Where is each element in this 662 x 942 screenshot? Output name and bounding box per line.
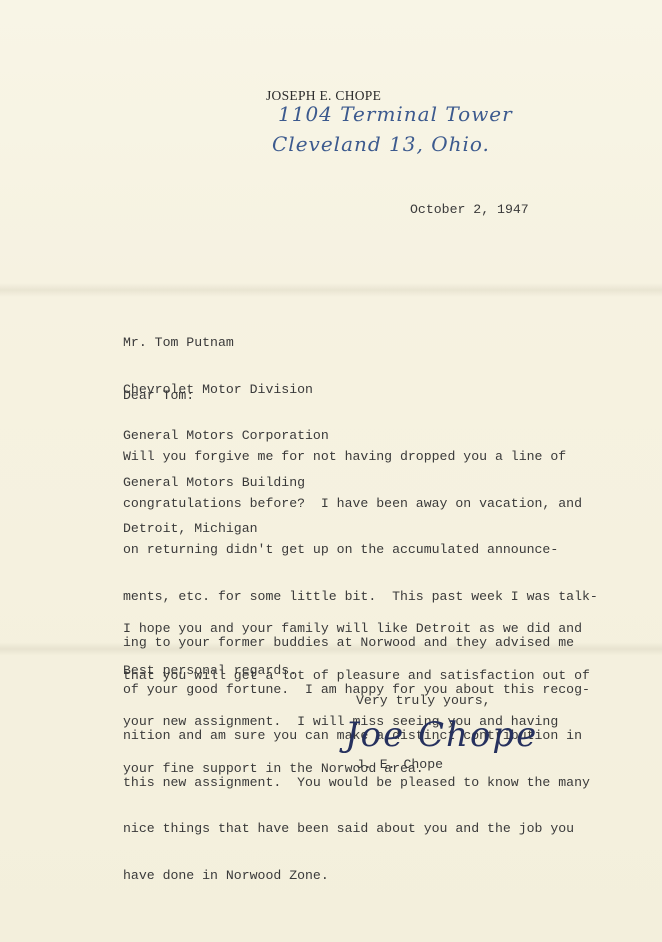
letter-date: October 2, 1947 <box>410 202 529 218</box>
address-line: Mr. Tom Putnam <box>123 335 329 351</box>
text-line: Will you forgive me for not having dropp… <box>123 449 598 465</box>
signature: Joe Chope <box>345 715 538 755</box>
paper-fold <box>0 283 662 297</box>
text-line: have done in Norwood Zone. <box>123 868 598 884</box>
typed-name: J. E. Chope <box>356 757 443 773</box>
closing: Best personal regards. <box>123 663 297 679</box>
text-line: congratulations before? I have been away… <box>123 496 598 512</box>
handwritten-address-line2: Cleveland 13, Ohio. <box>272 132 490 156</box>
handwritten-address-line1: 1104 Terminal Tower <box>278 102 513 126</box>
text-line: nice things that have been said about yo… <box>123 821 598 837</box>
salutation: Dear Tom: <box>123 388 194 404</box>
letter-page: JOSEPH E. CHOPE 1104 Terminal Tower Clev… <box>0 0 662 942</box>
valediction: Very truly yours, <box>356 693 491 709</box>
text-line: on returning didn't get up on the accumu… <box>123 542 598 558</box>
text-line: I hope you and your family will like Det… <box>123 621 590 637</box>
